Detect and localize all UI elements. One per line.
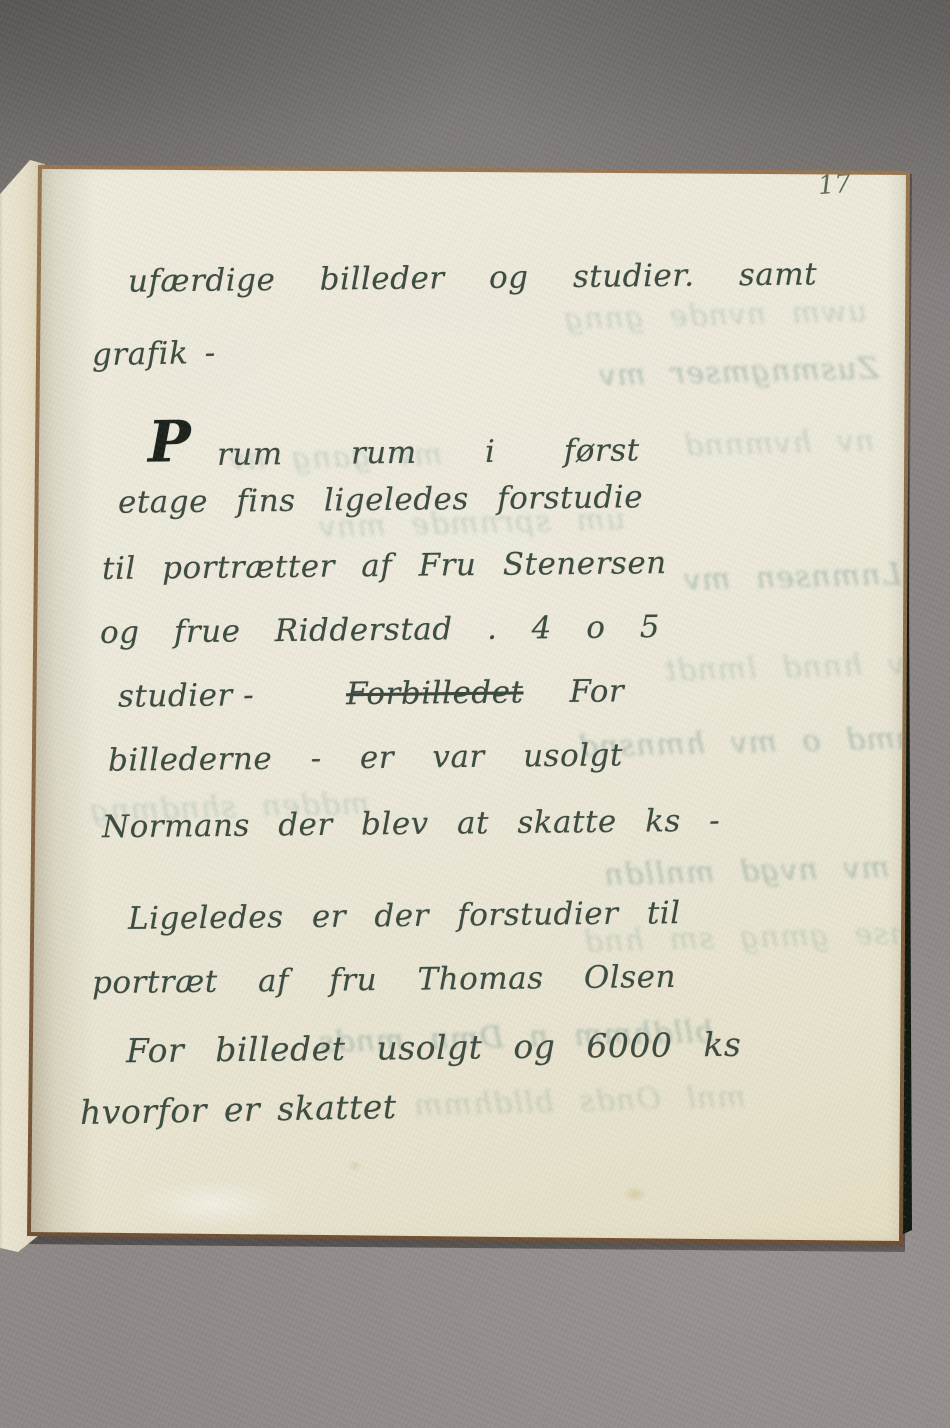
bleedthrough-line: mv nvgd mnlldn — [603, 850, 890, 892]
handwriting-line-11: portræt af fru Thomas Olsen — [92, 959, 676, 1001]
notebook-page: uwm nvnde gnng sv Zusmngmser mv mv gang … — [23, 158, 912, 1248]
handwriting-line-13: hvorfor er skattet — [80, 1087, 397, 1132]
handwriting-line-8: billederne - er var usolgt — [108, 737, 623, 778]
handwriting-line-7: studier -ForbilledetFor — [118, 673, 625, 714]
handwriting-line-7-pre: studier - — [118, 677, 254, 714]
crossed-out-word: Forbilledet — [346, 674, 524, 712]
bleedthrough-line: uwm nvnde gnng — [563, 294, 868, 337]
handwriting-line-5: til portrætter af Fru Stenersen — [102, 545, 667, 587]
bleedthrough-line: nv hvmnnd — [683, 424, 875, 464]
handwriting-line-12: For billedet usolgt og 6000 ks — [126, 1025, 742, 1070]
handwriting-line-9: Normans der blev at skatte ks - — [102, 803, 720, 845]
handwriting-line-1: ufærdige billeder og studier. samt — [128, 256, 818, 299]
handwriting-line-2: grafik - — [92, 335, 216, 373]
handwriting-line-3: Prum rum i først — [148, 407, 640, 479]
handwriting-line-4: etage fins ligeledes forstudie — [118, 479, 643, 520]
flourished-initial: P — [148, 408, 192, 475]
handwriting-line-7-post: For — [569, 673, 624, 710]
bleedthrough-line: mnl Onds blldhmm — [413, 1080, 747, 1124]
handwriting-line-6: og frue Ridderstad . 4 o 5 — [100, 609, 660, 651]
bleedthrough-line: mv hnnd lmndt — [663, 646, 935, 688]
handwriting-line-10: Ligeledes er der forstudier til — [128, 895, 681, 937]
photographed-notebook-scene: uwm nvnde gnng sv Zusmngmser mv mv gang … — [0, 0, 950, 1428]
bleedthrough-line: Lnmnsen mv — [683, 557, 902, 598]
handwriting-line-3-text: rum rum i først — [217, 432, 640, 472]
